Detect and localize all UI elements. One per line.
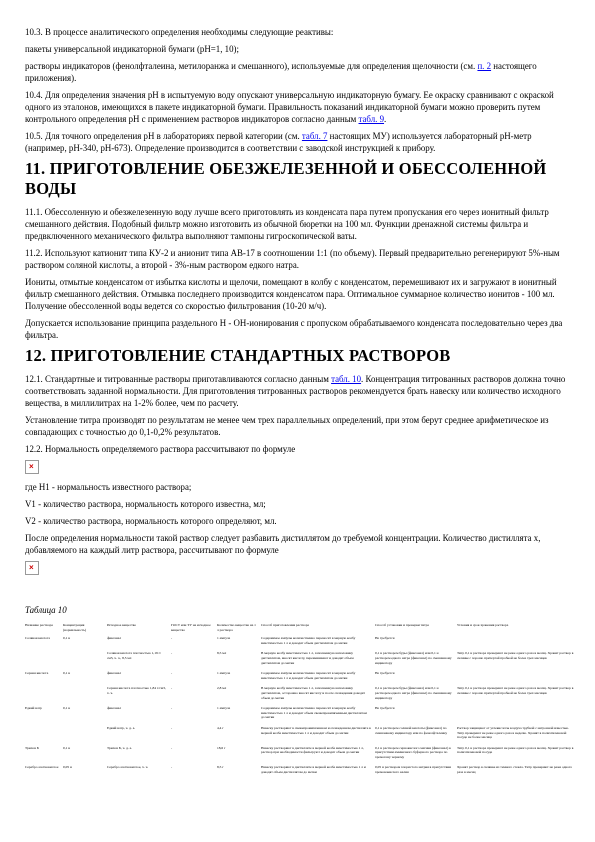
table-cell: 18,6 г (217, 746, 261, 766)
definition-v1: V1 - количество раствора, нормальность к… (25, 498, 570, 510)
broken-image-icon: × (25, 460, 39, 474)
table-cell: Титр 0,1 н раствора проверяют не реже од… (457, 651, 580, 671)
table-cell (63, 726, 107, 746)
table-cell: Хранят раствор в склянке из темного стек… (457, 765, 580, 780)
link-table9[interactable]: табл. 9 (359, 114, 385, 124)
paragraph-11-2-ionites: Иониты, отмытые конденсатом от избытка к… (25, 276, 570, 312)
table-cell: Соляная кислота (25, 636, 63, 651)
table-10-head: Название раствораКонцентрация (нормально… (25, 623, 580, 636)
column-header: Количество вещества на 1 л раствора (217, 623, 261, 636)
table-cell: фиксанал (107, 671, 171, 686)
table-cell: 0,05 н раствором хлористого натрия в при… (375, 765, 457, 780)
table-row: Серная кислота0,1 нфиксанал-1 ампулаСоде… (25, 671, 580, 686)
table-cell (25, 726, 63, 746)
table-cell: 1 ампула (217, 636, 261, 651)
table-cell (63, 686, 107, 706)
table-10: Название раствораКонцентрация (нормально… (25, 623, 580, 781)
column-header: Условия и срок хранения раствора (457, 623, 580, 636)
table-cell: 8,5 мл (217, 651, 261, 671)
table-cell: 2,8 мл (217, 686, 261, 706)
table-cell: Серная кислота (25, 671, 63, 686)
link-table7[interactable]: табл. 7 (302, 131, 328, 141)
table-cell: Титр 0,1 н раствора проверяют не реже од… (457, 686, 580, 706)
table-cell: фиксанал (107, 636, 171, 651)
table-cell: Не требуется (375, 671, 457, 686)
paragraph-10-3-item-paper: пакеты универсальной индикаторной бумаги… (25, 43, 570, 55)
table-cell: Серебро азотнокислое, х. ч. (107, 765, 171, 780)
definition-v2: V2 - количество раствора, нормальность к… (25, 515, 570, 527)
table-row: Едкий натр, ч. д. а.-4,4 гНавеску раство… (25, 726, 580, 746)
table-cell: Не требуется (375, 636, 457, 651)
table-row: Соляная кислота0,1 нфиксанал-1 ампулаСод… (25, 636, 580, 651)
table-caption: Таблица 10 (25, 604, 570, 616)
table-row: Серебро азотнокислое0,05 нСеребро азотно… (25, 765, 580, 780)
column-header: Способ приготовления раствора (261, 623, 375, 636)
table-cell: 0,1 н (63, 746, 107, 766)
table-cell: - (171, 706, 217, 726)
paragraph-10-3-item-indicators: растворы индикаторов (фенолфталеина, мет… (25, 60, 570, 84)
column-header: Исходное вещество (107, 623, 171, 636)
table-cell: Не требуется (375, 706, 457, 726)
table-cell (457, 636, 580, 651)
paragraph-12-2: 12.2. Нормальность определяемого раствор… (25, 443, 570, 455)
table-cell: Серная кислота плотностью 1,84 г/см3, х.… (107, 686, 171, 706)
table-cell: 1 ампула (217, 671, 261, 686)
table-cell (25, 651, 63, 671)
table-cell: Навеску растворяют в свежепрокипяченном … (261, 726, 375, 746)
paragraph-11-2: 11.2. Используют катионит типа КУ-2 и ан… (25, 247, 570, 271)
table-cell: Соляная кислота плотностью 1,19 г/см3, х… (107, 651, 171, 671)
link-table10[interactable]: табл. 10 (331, 374, 361, 384)
table-cell: - (171, 671, 217, 686)
table-cell: 0,1 н раствором буры (фиксанал) или 0,1 … (375, 651, 457, 671)
table-10-body: Соляная кислота0,1 нфиксанал-1 ампулаСод… (25, 636, 580, 780)
paragraph-12-1-titre: Установление титра производят по результ… (25, 414, 570, 438)
table-cell: 0,1 н (63, 706, 107, 726)
table-cell: 0,05 н (63, 765, 107, 780)
document-page: 10.3. В процессе аналитического определе… (0, 0, 595, 842)
column-header: Концентрация (нормальность) (63, 623, 107, 636)
table-cell: Едкий натр, ч. д. а. (107, 726, 171, 746)
table-cell: - (171, 651, 217, 671)
table-cell (63, 651, 107, 671)
table-cell: - (171, 726, 217, 746)
column-header: Способ установки и проверки титра (375, 623, 457, 636)
paragraph-10-3: 10.3. В процессе аналитического определе… (25, 26, 570, 38)
table-cell: 0,1 н раствором соляной кислоты (фиксана… (375, 726, 457, 746)
section-heading-12: 12. ПРИГОТОВЛЕНИЕ СТАНДАРТНЫХ РАСТВОРОВ (25, 346, 570, 366)
table-cell: 0,1 н (63, 636, 107, 651)
table-cell: Титр 0,1 н раствора проверяют не реже од… (457, 746, 580, 766)
table-cell (25, 686, 63, 706)
table-cell: Содержимое ампулы количественно перенося… (261, 636, 375, 651)
column-header: ГОСТ или ТУ на исходное вещество (171, 623, 217, 636)
table-cell (457, 671, 580, 686)
table-cell: - (171, 765, 217, 780)
paragraph-dilution: После определения нормальности такой рас… (25, 532, 570, 556)
table-cell: - (171, 746, 217, 766)
paragraph-11-2-separate: Допускается использование принципа разде… (25, 317, 570, 341)
paragraph-10-4: 10.4. Для определения значения рН в испы… (25, 89, 570, 125)
table-row: Соляная кислота плотностью 1,19 г/см3, х… (25, 651, 580, 671)
table-cell: Серебро азотнокислое (25, 765, 63, 780)
formula-1: × (25, 460, 570, 475)
table-cell: Трилон Б, ч. д. а. (107, 746, 171, 766)
table-header-row: Название раствораКонцентрация (нормально… (25, 623, 580, 636)
column-header: Название раствора (25, 623, 63, 636)
table-cell: Содержимое ампулы количественно перенося… (261, 706, 375, 726)
table-cell: 0,1 н раствором буры (фиксанал) или 0,1 … (375, 686, 457, 706)
table-cell: 8,5 г (217, 765, 261, 780)
table-cell: Навеску растворяют в дистилляте в мерной… (261, 746, 375, 766)
table-cell: В мерную колбу вместимостью 1 л, заполне… (261, 651, 375, 671)
section-heading-11: 11. ПРИГОТОВЛЕНИЕ ОБЕЗЖЕЛЕЗЕННОЙ И ОБЕСС… (25, 159, 570, 199)
table-cell: Навеску растворяют в дистилляте в мерной… (261, 765, 375, 780)
table-cell: Едкий натр (25, 706, 63, 726)
table-cell: Трилон Б (25, 746, 63, 766)
table-cell: - (171, 636, 217, 651)
table-row: Едкий натр0,1 нфиксанал-1 ампулаСодержим… (25, 706, 580, 726)
table-cell: 1 ампула (217, 706, 261, 726)
table-cell: 0,1 н раствором сернокислого магния (фик… (375, 746, 457, 766)
formula-2: × (25, 561, 570, 576)
table-cell: Раствор защищают от углекислоты воздуха … (457, 726, 580, 746)
table-cell (457, 706, 580, 726)
table-row: Серная кислота плотностью 1,84 г/см3, х.… (25, 686, 580, 706)
link-p2[interactable]: п. 2 (477, 61, 491, 71)
table-cell: 4,4 г (217, 726, 261, 746)
paragraph-10-5: 10.5. Для точного определения рН в лабор… (25, 130, 570, 154)
table-cell: фиксанал (107, 706, 171, 726)
table-cell: В мерную колбу вместимостью 1 л, заполне… (261, 686, 375, 706)
table-cell: - (171, 686, 217, 706)
paragraph-11-1: 11.1. Обессоленную и обезжелезенную воду… (25, 206, 570, 242)
table-cell: 0,1 н (63, 671, 107, 686)
broken-image-icon: × (25, 561, 39, 575)
table-cell: Содержимое ампулы количественно перенося… (261, 671, 375, 686)
table-row: Трилон Б0,1 нТрилон Б, ч. д. а.-18,6 гНа… (25, 746, 580, 766)
paragraph-12-1: 12.1. Стандартные и титрованные растворы… (25, 373, 570, 409)
definition-h1: где Н1 - нормальность известного раствор… (25, 481, 570, 493)
